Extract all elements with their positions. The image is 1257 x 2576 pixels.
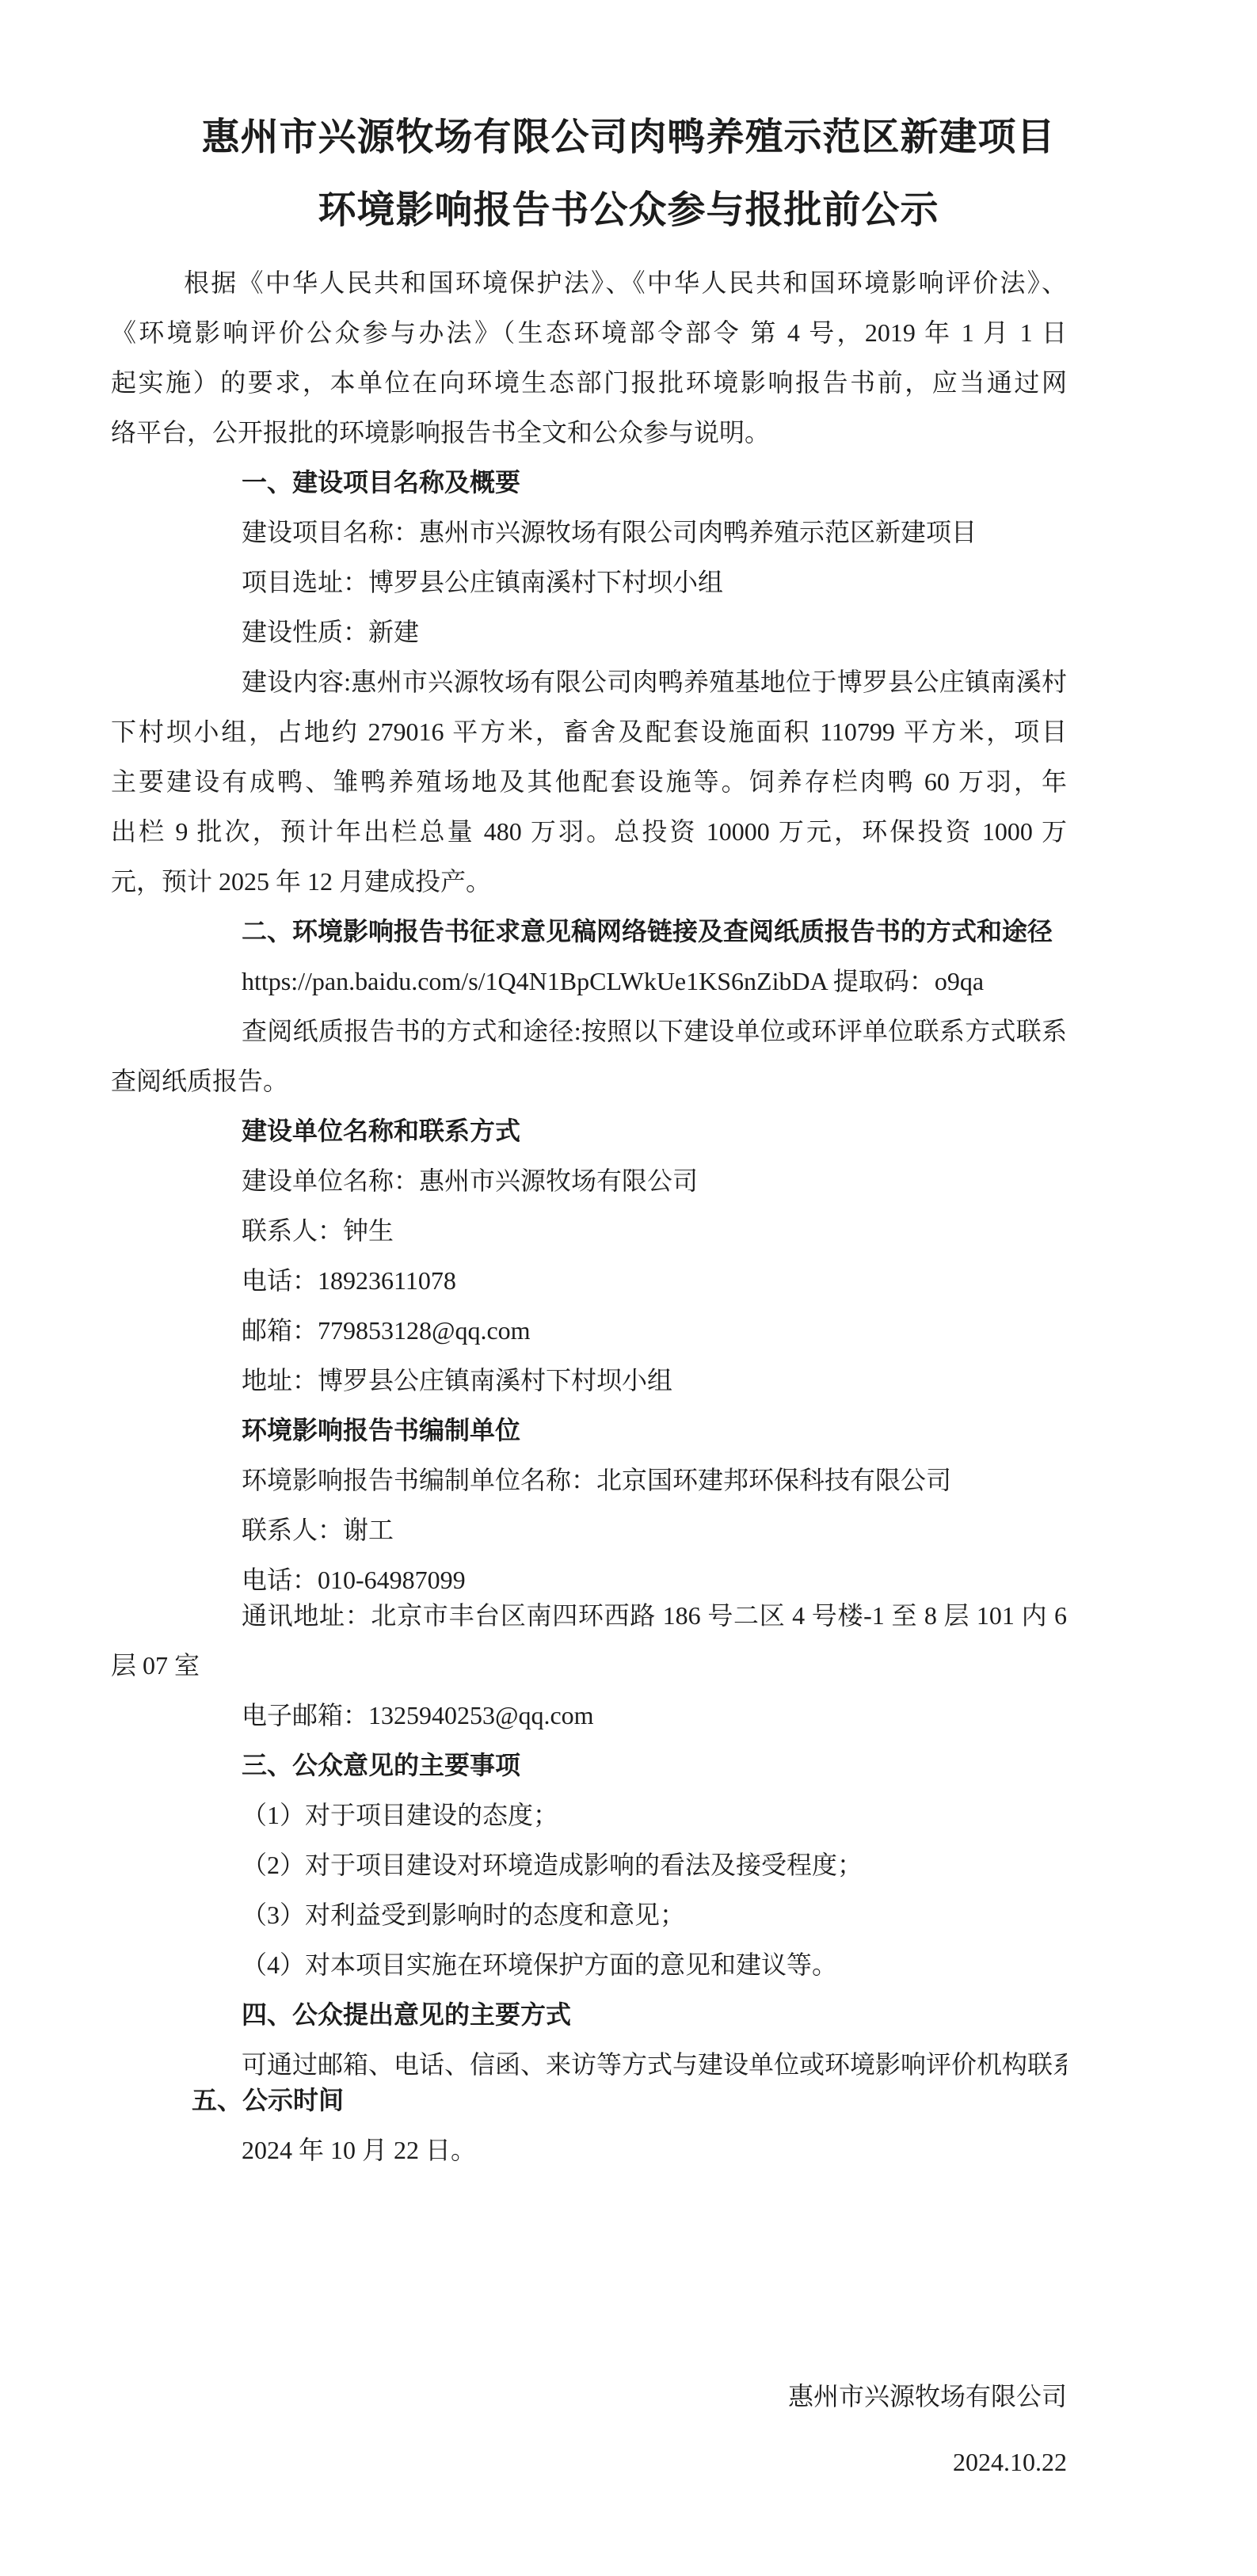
text-line: 元，预计 2025 年 12 月建成投产。 [111,857,1067,907]
section-heading: 一、建设项目名称及概要 [111,458,1067,508]
text-line: 查阅纸质报告书的方式和途径:按照以下建设单位或环评单位联系方式联系 [111,1006,1067,1056]
text-line: 联系人：谢工 [111,1505,1067,1555]
document-body: 根据《中华人民共和国环境保护法》、《中华人民共和国环境影响评价法》、《环境影响评… [111,258,1067,2175]
section-heading: 三、公众意见的主要事项 [111,1741,1067,1790]
section-heading: 二、环境影响报告书征求意见稿网络链接及查阅纸质报告书的方式和途径 [111,907,1067,957]
text-line: 根据《中华人民共和国环境保护法》、《中华人民共和国环境影响评价法》、 [111,258,1067,308]
text-line: 出栏 9 批次，预计年出栏总量 480 万羽。总投资 10000 万元，环保投资… [111,807,1067,857]
text-line: 层 07 室 [111,1641,1067,1691]
text-line: 查阅纸质报告。 [111,1056,1067,1106]
text-line: （2）对于项目建设对环境造成影响的看法及接受程度； [111,1840,1067,1890]
text-line: 邮箱：779853128@qq.com [111,1306,1067,1356]
text-line: 电子邮箱：1325940253@qq.com [111,1691,1067,1741]
text-line: 主要建设有成鸭、雏鸭养殖场地及其他配套设施等。饲养存栏肉鸭 60 万羽，年 [111,757,1067,807]
section-heading: 环境影响报告书编制单位 [111,1406,1067,1455]
footer-date: 2024.10.22 [111,2437,1067,2487]
document-page: 惠州市兴源牧场有限公司肉鸭养殖示范区新建项目 环境影响报告书公众参与报批前公示 … [0,0,1257,2576]
text-line: 环境影响报告书编制单位名称：北京国环建邦环保科技有限公司 [111,1455,1067,1505]
text-line: 电话：18923611078 [111,1256,1067,1306]
text-line: 建设内容:惠州市兴源牧场有限公司肉鸭养殖基地位于博罗县公庄镇南溪村 [111,657,1067,707]
text-line: 建设单位名称：惠州市兴源牧场有限公司 [111,1156,1067,1206]
section-heading: 建设单位名称和联系方式 [111,1106,1067,1156]
text-line: 地址：博罗县公庄镇南溪村下村坝小组 [111,1356,1067,1406]
text-line: 下村坝小组，占地约 279016 平方米，畜舍及配套设施面积 110799 平方… [111,707,1067,757]
text-line: 2024 年 10 月 22 日。 [111,2125,1067,2175]
text-line: （1）对于项目建设的态度； [111,1790,1067,1840]
section-heading: 四、公众提出意见的主要方式 [111,1990,1067,2040]
footer-company: 惠州市兴源牧场有限公司 [111,2372,1067,2422]
text-line: https://pan.baidu.com/s/1Q4N1BpCLWkUe1KS… [111,957,1067,1006]
document-title-line-1: 惠州市兴源牧场有限公司肉鸭养殖示范区新建项目 [0,101,1257,174]
document-title: 惠州市兴源牧场有限公司肉鸭养殖示范区新建项目 环境影响报告书公众参与报批前公示 [0,0,1257,247]
text-line: 建设项目名称：惠州市兴源牧场有限公司肉鸭养殖示范区新建项目 [111,508,1067,557]
text-line: 通讯地址：北京市丰台区南四环西路 186 号二区 4 号楼-1 至 8 层 10… [111,1591,1067,1641]
text-line: 项目选址：博罗县公庄镇南溪村下村坝小组 [111,557,1067,607]
text-line: （4）对本项目实施在环境保护方面的意见和建议等。 [111,1940,1067,1990]
document-title-line-2: 环境影响报告书公众参与报批前公示 [0,174,1257,247]
text-line: 络平台，公开报批的环境影响报告书全文和公众参与说明。 [111,408,1067,458]
text-line: 起实施）的要求，本单位在向环境生态部门报批环境影响报告书前，应当通过网 [111,358,1067,408]
text-line: 《环境影响评价公众参与办法》（生态环境部令部令 第 4 号，2019 年 1 月… [111,308,1067,358]
signature-block: 惠州市兴源牧场有限公司 2024.10.22 [111,2372,1067,2487]
text-line: 建设性质：新建 [111,607,1067,657]
text-line: （3）对利益受到影响时的态度和意见； [111,1890,1067,1940]
text-line: 联系人：钟生 [111,1206,1067,1256]
